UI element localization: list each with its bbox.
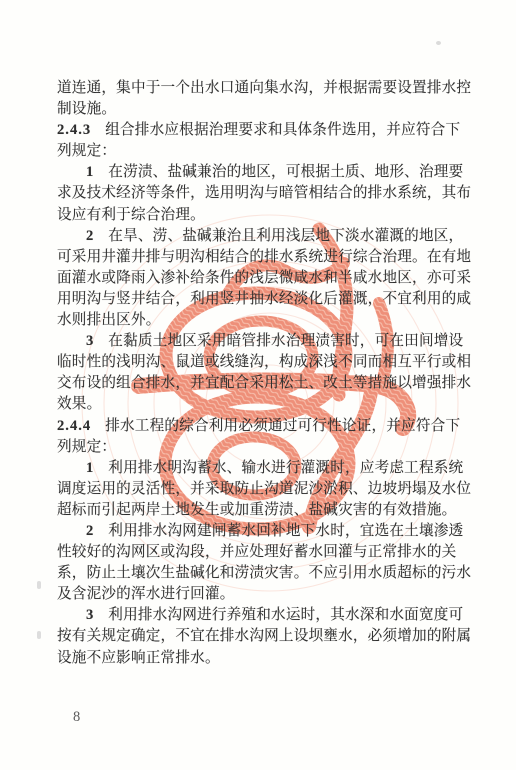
clause-number: 2 — [86, 228, 94, 244]
text-line: 按有关规定确定，不宜在排水沟网上设坝壅水，必须增加的附属 — [57, 626, 471, 647]
line-text: 及含泥沙的浑水进行回灌。 — [57, 586, 235, 602]
text-line: 求及技术经济等条件，选用明沟与暗管相结合的排水系统，其布 — [57, 183, 471, 204]
text-line: 交布设的组合排水，并宜配合采用松土、改土等措施以增强排水 — [57, 373, 471, 394]
line-text: 组合排水应根据治理要求和具体条件选用，并应符合下 — [105, 122, 460, 138]
text-line: 系，防止土壤次生盐碱化和涝渍灾害。不应引用水质超标的污水 — [57, 563, 471, 584]
line-text: 列规定： — [57, 439, 116, 455]
line-text: 交布设的组合排水，并宜配合采用松土、改土等措施以增强排水 — [57, 375, 471, 391]
line-text: 面灌水或降雨入渗补给条件的浅层微咸水和半咸水地区，亦可采 — [57, 270, 471, 286]
clause-number: 1 — [86, 460, 94, 476]
text-line: 列规定： — [57, 141, 471, 162]
document-page: 道连通，集中于一个出水口通向集水沟，并根据需要设置排水控 制设施。 2.4.3组… — [0, 0, 516, 770]
line-text: 在涝渍、盐碱兼治的地区，可根据土质、地形、治理要 — [108, 164, 463, 180]
text-line: 用明沟与竖井结合，利用竖井抽水经淡化后灌溉，不宜利用的咸 — [57, 289, 471, 310]
text-line: 3在黏质土地区采用暗管排水治理渍害时，可在田间增设 — [57, 331, 471, 352]
line-text: 设应有利于综合治理。 — [57, 207, 205, 223]
text-line: 1在涝渍、盐碱兼治的地区，可根据土质、地形、治理要 — [57, 162, 471, 183]
clause-number: 2 — [86, 523, 94, 539]
text-line: 面灌水或降雨入渗补给条件的浅层微咸水和半咸水地区，亦可采 — [57, 268, 471, 289]
line-text: 用明沟与竖井结合，利用竖井抽水经淡化后灌溉，不宜利用的咸 — [57, 291, 471, 307]
text-line: 制设施。 — [57, 99, 471, 120]
clause-number: 3 — [86, 333, 94, 349]
line-text: 制设施。 — [57, 101, 116, 117]
text-line: 列规定： — [57, 437, 471, 458]
text-line: 2利用排水沟网建闸蓄水回补地下水时，宜选在土壤渗透 — [57, 521, 471, 542]
scan-artifact — [37, 631, 41, 639]
clause-number: 1 — [86, 164, 94, 180]
text-line: 2.4.3组合排水应根据治理要求和具体条件选用，并应符合下 — [57, 120, 471, 141]
clause-number: 2.4.3 — [57, 122, 91, 138]
text-line: 水则排出区外。 — [57, 310, 471, 331]
clause-number: 2.4.4 — [57, 418, 91, 434]
text-line: 2.4.4排水工程的综合利用必须通过可行性论证，并应符合下 — [57, 416, 471, 437]
line-text: 临时性的浅明沟、鼠道或线缝沟，构成深浅不同而相互平行或相 — [57, 354, 471, 370]
line-text: 水则排出区外。 — [57, 312, 161, 328]
line-text: 按有关规定确定，不宜在排水沟网上设坝壅水，必须增加的附属 — [57, 628, 471, 644]
line-text: 性较好的沟网区或沟段，并应处理好蓄水回灌与正常排水的关 — [57, 544, 456, 560]
scan-artifact — [436, 41, 441, 45]
line-text: 可采用井灌井排与明沟相结合的排水系统进行综合治理。在有地 — [57, 249, 471, 265]
document-text: 道连通，集中于一个出水口通向集水沟，并根据需要设置排水控 制设施。 2.4.3组… — [57, 78, 471, 669]
clause-number: 3 — [86, 607, 94, 623]
text-line: 设施不应影响正常排水。 — [57, 648, 471, 669]
line-text: 排水工程的综合利用必须通过可行性论证，并应符合下 — [105, 418, 460, 434]
page-number: 8 — [73, 709, 80, 726]
text-line: 性较好的沟网区或沟段，并应处理好蓄水回灌与正常排水的关 — [57, 542, 471, 563]
line-text: 道连通，集中于一个出水口通向集水沟，并根据需要设置排水控 — [57, 80, 471, 96]
text-line: 超标而引起两岸土地发生或加重涝渍、盐碱灾害的有效措施。 — [57, 500, 471, 521]
text-line: 道连通，集中于一个出水口通向集水沟，并根据需要设置排水控 — [57, 78, 471, 99]
text-line: 及含泥沙的浑水进行回灌。 — [57, 584, 471, 605]
line-text: 在黏质土地区采用暗管排水治理渍害时，可在田间增设 — [108, 333, 463, 349]
line-text: 系，防止土壤次生盐碱化和涝渍灾害。不应引用水质超标的污水 — [57, 565, 471, 581]
text-line: 2在旱、涝、盐碱兼治且利用浅层地下淡水灌溉的地区， — [57, 226, 471, 247]
line-text: 调度运用的灵活性，并采取防止沟道泥沙淤积、边坡坍塌及水位 — [57, 481, 471, 497]
text-line: 设应有利于综合治理。 — [57, 205, 471, 226]
line-text: 利用排水沟网建闸蓄水回补地下水时，宜选在土壤渗透 — [108, 523, 463, 539]
text-line: 3利用排水沟网进行养殖和水运时，其水深和水面宽度可 — [57, 605, 471, 626]
text-line: 1利用排水明沟蓄水、输水进行灌溉时，应考虑工程系统 — [57, 458, 471, 479]
line-text: 列规定： — [57, 143, 116, 159]
line-text: 在旱、涝、盐碱兼治且利用浅层地下淡水灌溉的地区， — [108, 228, 463, 244]
line-text: 利用排水沟网进行养殖和水运时，其水深和水面宽度可 — [108, 607, 463, 623]
text-line: 临时性的浅明沟、鼠道或线缝沟，构成深浅不同而相互平行或相 — [57, 352, 471, 373]
line-text: 设施不应影响正常排水。 — [57, 650, 220, 666]
line-text: 效果。 — [57, 396, 101, 412]
text-line: 可采用井灌井排与明沟相结合的排水系统进行综合治理。在有地 — [57, 247, 471, 268]
line-text: 超标而引起两岸土地发生或加重涝渍、盐碱灾害的有效措施。 — [57, 502, 456, 518]
line-text: 利用排水明沟蓄水、输水进行灌溉时，应考虑工程系统 — [108, 460, 463, 476]
text-line: 效果。 — [57, 394, 471, 415]
line-text: 求及技术经济等条件，选用明沟与暗管相结合的排水系统，其布 — [57, 185, 471, 201]
text-line: 调度运用的灵活性，并采取防止沟道泥沙淤积、边坡坍塌及水位 — [57, 479, 471, 500]
scan-artifact — [37, 581, 41, 589]
